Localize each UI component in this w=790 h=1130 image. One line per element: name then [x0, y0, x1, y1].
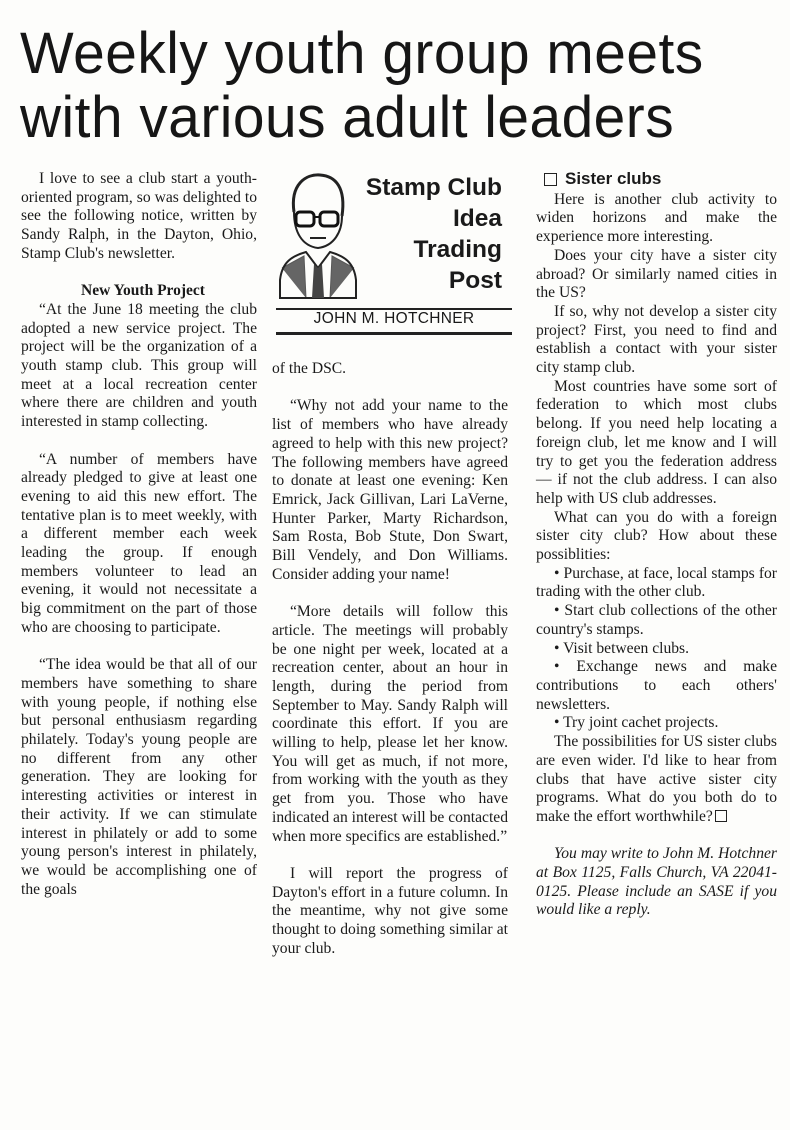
divider [276, 332, 512, 335]
section-title: Sister clubs [565, 170, 661, 189]
column-logo-title: Stamp Club Idea Trading Post [366, 172, 502, 296]
author-byline: JOHN M. HOTCHNER [276, 308, 512, 330]
intro-paragraph: I love to see a club start a youth-orien… [21, 170, 257, 264]
paragraph: Does your city have a sister city abroad… [536, 247, 777, 303]
headline: Weekly youth group meets with various ad… [20, 22, 765, 150]
paragraph: “The idea would be that all of our membe… [21, 656, 257, 899]
closing-paragraph: The possibilities for US sister clubs ar… [536, 733, 777, 827]
bullet-item: • Try joint cachet projects. [536, 714, 777, 733]
paragraph: I will report the progress of Dayton's e… [272, 865, 508, 959]
bullet-item: • Exchange news and make contributions t… [536, 658, 777, 714]
paragraph: “A number of members have already pledge… [21, 451, 257, 638]
paragraph: Most countries have some sort of federat… [536, 378, 777, 509]
article-column-3: Sister clubs Here is another club activi… [536, 170, 777, 920]
paragraph: “More details will follow this article. … [272, 603, 508, 846]
section-box-icon [544, 173, 557, 186]
logo-line: Trading [366, 234, 502, 265]
paragraph: Here is another club activity to widen h… [536, 191, 777, 247]
section-heading-sister-clubs: Sister clubs [544, 170, 777, 189]
headline-line-2: with various adult leaders [20, 85, 674, 150]
logo-line: Post [366, 265, 502, 296]
bullet-item: • Visit between clubs. [536, 640, 777, 659]
continued-text: of the DSC. [272, 360, 508, 379]
paragraph: “At the June 18 meeting the club adopted… [21, 301, 257, 432]
article-column-2: Stamp Club Idea Trading Post JOHN M. HOT… [272, 170, 508, 958]
paragraph: “Why not add your name to the list of me… [272, 397, 508, 584]
logo-line: Idea [366, 203, 502, 234]
contact-note: You may write to John M. Hotchner at Box… [536, 845, 777, 920]
end-mark-icon [715, 810, 727, 822]
subhead-new-youth-project: New Youth Project [21, 282, 257, 301]
column-logo: Stamp Club Idea Trading Post JOHN M. HOT… [272, 170, 508, 338]
headline-line-1: Weekly youth group meets [20, 21, 704, 86]
paragraph: If so, why not develop a sister city pro… [536, 303, 777, 378]
columnist-portrait-icon [276, 172, 358, 302]
logo-line: Stamp Club [366, 172, 502, 203]
paragraph: What can you do with a foreign sister ci… [536, 509, 777, 565]
closing-text: The possibilities for US sister clubs ar… [536, 733, 777, 825]
bullet-item: • Start club collections of the other co… [536, 602, 777, 639]
bullet-item: • Purchase, at face, local stamps for tr… [536, 565, 777, 602]
article-column-1: I love to see a club start a youth-orien… [21, 170, 257, 899]
